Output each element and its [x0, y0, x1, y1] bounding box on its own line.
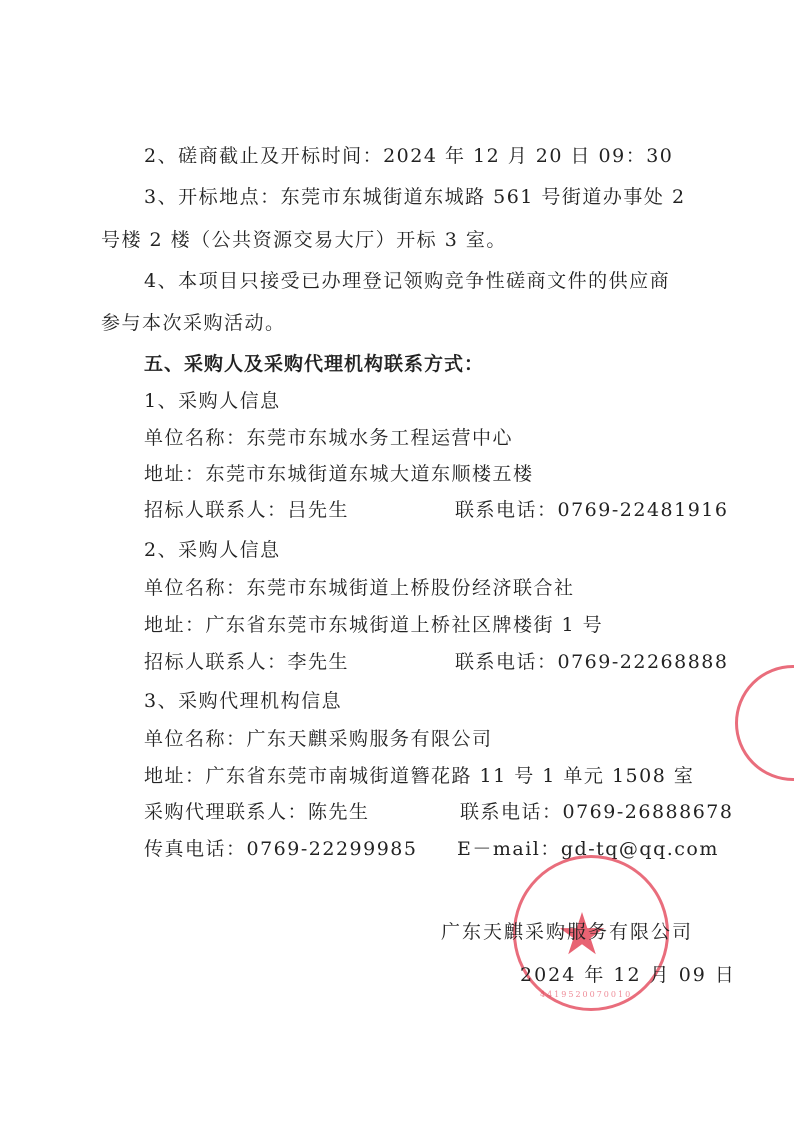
notice-item-line2: 参与本次采购活动。 [101, 312, 286, 334]
location-item-line2: 号楼 2 楼（公共资源交易大厅）开标 3 室。 [101, 229, 507, 251]
agency-name: 单位名称：广东天麒采购服务有限公司 [144, 728, 493, 750]
purchaser2-heading: 2、采购人信息 [144, 539, 281, 561]
notice-item-line1: 4、本项目只接受已办理登记领购竞争性磋商文件的供应商 [144, 270, 670, 292]
seam-stamp [735, 665, 794, 781]
agency-heading: 3、采购代理机构信息 [144, 690, 342, 712]
purchaser1-phone: 联系电话：0769-22481916 [455, 499, 728, 521]
stamp-number: 4419520070010 [540, 990, 632, 999]
agency-address: 地址：广东省东莞市南城街道簪花路 11 号 1 单元 1508 室 [144, 765, 694, 787]
purchaser2-contact: 招标人联系人：李先生 [144, 651, 349, 673]
purchaser1-contact: 招标人联系人：吕先生 [144, 499, 349, 521]
purchaser2-name: 单位名称：东莞市东城街道上桥股份经济联合社 [144, 577, 575, 599]
location-item-line1: 3、开标地点：东莞市东城街道东城路 561 号街道办事处 2 [144, 186, 686, 208]
agency-fax: 传真电话：0769-22299985 [144, 838, 417, 860]
agency-phone: 联系电话：0769-26888678 [460, 801, 733, 823]
section-title: 五、采购人及采购代理机构联系方式： [144, 353, 484, 375]
purchaser1-address: 地址：东莞市东城街道东城大道东顺楼五楼 [144, 463, 534, 485]
signature-date: 2024 年 12 月 09 日 [520, 960, 736, 987]
signature-company: 广东天麒采购服务有限公司 [441, 917, 693, 944]
deadline-item: 2、磋商截止及开标时间：2024 年 12 月 20 日 09：30 [144, 145, 673, 167]
agency-contact: 采购代理联系人：陈先生 [144, 801, 370, 823]
purchaser1-heading: 1、采购人信息 [144, 390, 281, 412]
purchaser2-address: 地址：广东省东莞市东城街道上桥社区牌楼街 1 号 [144, 614, 603, 636]
purchaser1-name: 单位名称：东莞市东城水务工程运营中心 [144, 427, 513, 449]
purchaser2-phone: 联系电话：0769-22268888 [455, 651, 728, 673]
